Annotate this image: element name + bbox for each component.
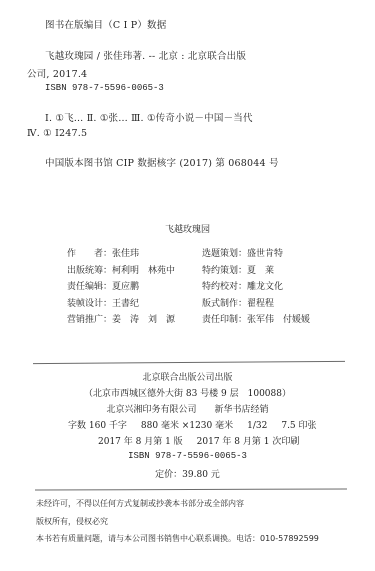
credit-topic-planning: 选题策划：盛世肯特 xyxy=(202,246,310,263)
credits-right: 选题策划：盛世肯特 特约策划：夏 莱 特约校对：雕龙文化 版式制作：翟程程 责任… xyxy=(202,246,310,329)
format: 1/32 xyxy=(247,421,267,431)
rights-reserved: 版权所有，侵权必究 xyxy=(36,516,108,527)
printed-sheets: 7.5 印张 xyxy=(281,421,316,431)
printer-line: 北京兴湘印务有限公司 新华书店经销 xyxy=(0,402,375,415)
specs-line: 字数 160 千字880 毫米 ×1230 毫米1/327.5 印张 xyxy=(68,418,317,431)
credit-layout: 版式制作：翟程程 xyxy=(202,296,310,313)
paper-size: 880 毫米 ×1230 毫米 xyxy=(141,421,233,431)
edition: 2017 年 8 月第 1 版 xyxy=(98,437,183,447)
credit-special-planning: 特约策划：夏 莱 xyxy=(202,263,310,280)
cip-subjects-1: Ⅰ. ①飞… Ⅱ. ①张… Ⅲ. ①传奇小说－中国－当代 xyxy=(45,110,253,124)
copyright-notice: 未经许可，不得以任何方式复制或抄袭本书部分或全部内容 xyxy=(36,498,244,509)
cip-line-2: 公司, 2017.4 xyxy=(27,66,87,80)
printing: 2017 年 8 月第 1 次印刷 xyxy=(197,437,300,447)
divider-top xyxy=(33,361,345,364)
price: 定价：39.80 元 xyxy=(0,467,375,480)
publisher-address: （北京市西城区德外大街 83 号楼 9 层 100088） xyxy=(0,386,375,399)
publisher: 北京联合出版公司出版 xyxy=(0,370,375,383)
cip-catalog-number: 中国版本图书馆 CIP 数据核字 (2017) 第 068044 号 xyxy=(45,155,279,169)
book-title: 飞越玫瑰园 xyxy=(0,222,375,235)
edition-line: 2017 年 8 月第 1 版2017 年 8 月第 1 次印刷 xyxy=(98,434,299,447)
cip-subjects-2: Ⅳ. ① I247.5 xyxy=(27,128,87,139)
credit-cover-design: 装帧设计：王書纪 xyxy=(67,296,175,313)
credit-publishing-coordinator: 出版统筹：柯利明 林苑中 xyxy=(67,263,175,280)
credit-author: 作 者：张佳玮 xyxy=(67,246,175,263)
cip-line-1: 飞越玫瑰园 / 张佳玮著. -- 北京 : 北京联合出版 xyxy=(45,48,246,62)
credit-marketing: 营销推广：姜 涛 刘 源 xyxy=(67,312,175,329)
credit-printing-supervisor: 责任印制：张军伟 付媛媛 xyxy=(202,312,310,329)
publication-isbn: ISBN 978-7-5596-0065-3 xyxy=(0,451,375,461)
cip-isbn: ISBN 978-7-5596-0065-3 xyxy=(45,83,164,93)
word-count: 字数 160 千字 xyxy=(68,421,127,431)
credit-editor: 责任编辑：夏应鹏 xyxy=(67,279,175,296)
credits-left: 作 者：张佳玮 出版统筹：柯利明 林苑中 责任编辑：夏应鹏 装帧设计：王書纪 营… xyxy=(67,246,175,329)
cip-heading: 图书在版编目（C I P）数据 xyxy=(45,17,166,31)
divider-bottom xyxy=(35,488,347,490)
credit-proofreading: 特约校对：雕龙文化 xyxy=(202,279,310,296)
quality-contact: 本书若有质量问题，请与本公司图书销售中心联系调换。电话：010-57892599 xyxy=(36,533,319,544)
